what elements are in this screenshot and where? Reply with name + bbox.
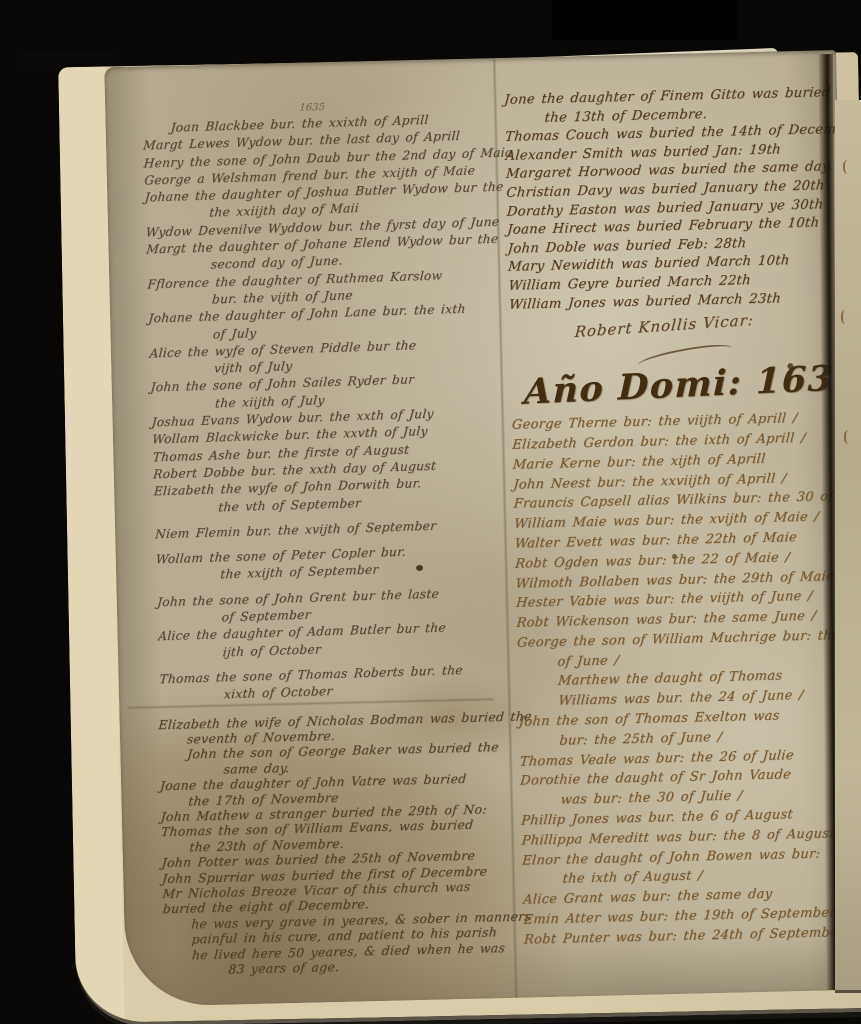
manuscript-photo: 1635 Joan Blackbee bur. the xxixth of Ap…	[0, 0, 861, 1024]
right-text-column: Jone the daughter of Finem Gitto was bur…	[503, 84, 849, 950]
burial-entries-1636: George Therne bur: the viijth of Aprill …	[511, 408, 850, 950]
burial-entries-winter: Jone the daughter of Finem Gitto was bur…	[503, 84, 834, 315]
cut-off-writing-mark	[844, 430, 855, 444]
parchment-page: 1635 Joan Blackbee bur. the xxixth of Ap…	[104, 50, 858, 1007]
cut-off-writing-mark	[841, 310, 852, 324]
left-text-column: 1635 Joan Blackbee bur. the xxixth of Ap…	[143, 98, 501, 978]
background-shadow-patch	[552, 0, 737, 40]
cut-off-writing-mark	[843, 160, 854, 174]
anno-domini-heading: Año Domi: 1636	[523, 358, 836, 413]
burial-entries-1635-hand2: Elizabeth the wife of Nicholas Bodman wa…	[158, 709, 502, 979]
burial-entries-1635-hand1: Joan Blackbee bur. the xxixth of AprillM…	[141, 110, 497, 706]
next-page-sliver	[835, 100, 861, 993]
